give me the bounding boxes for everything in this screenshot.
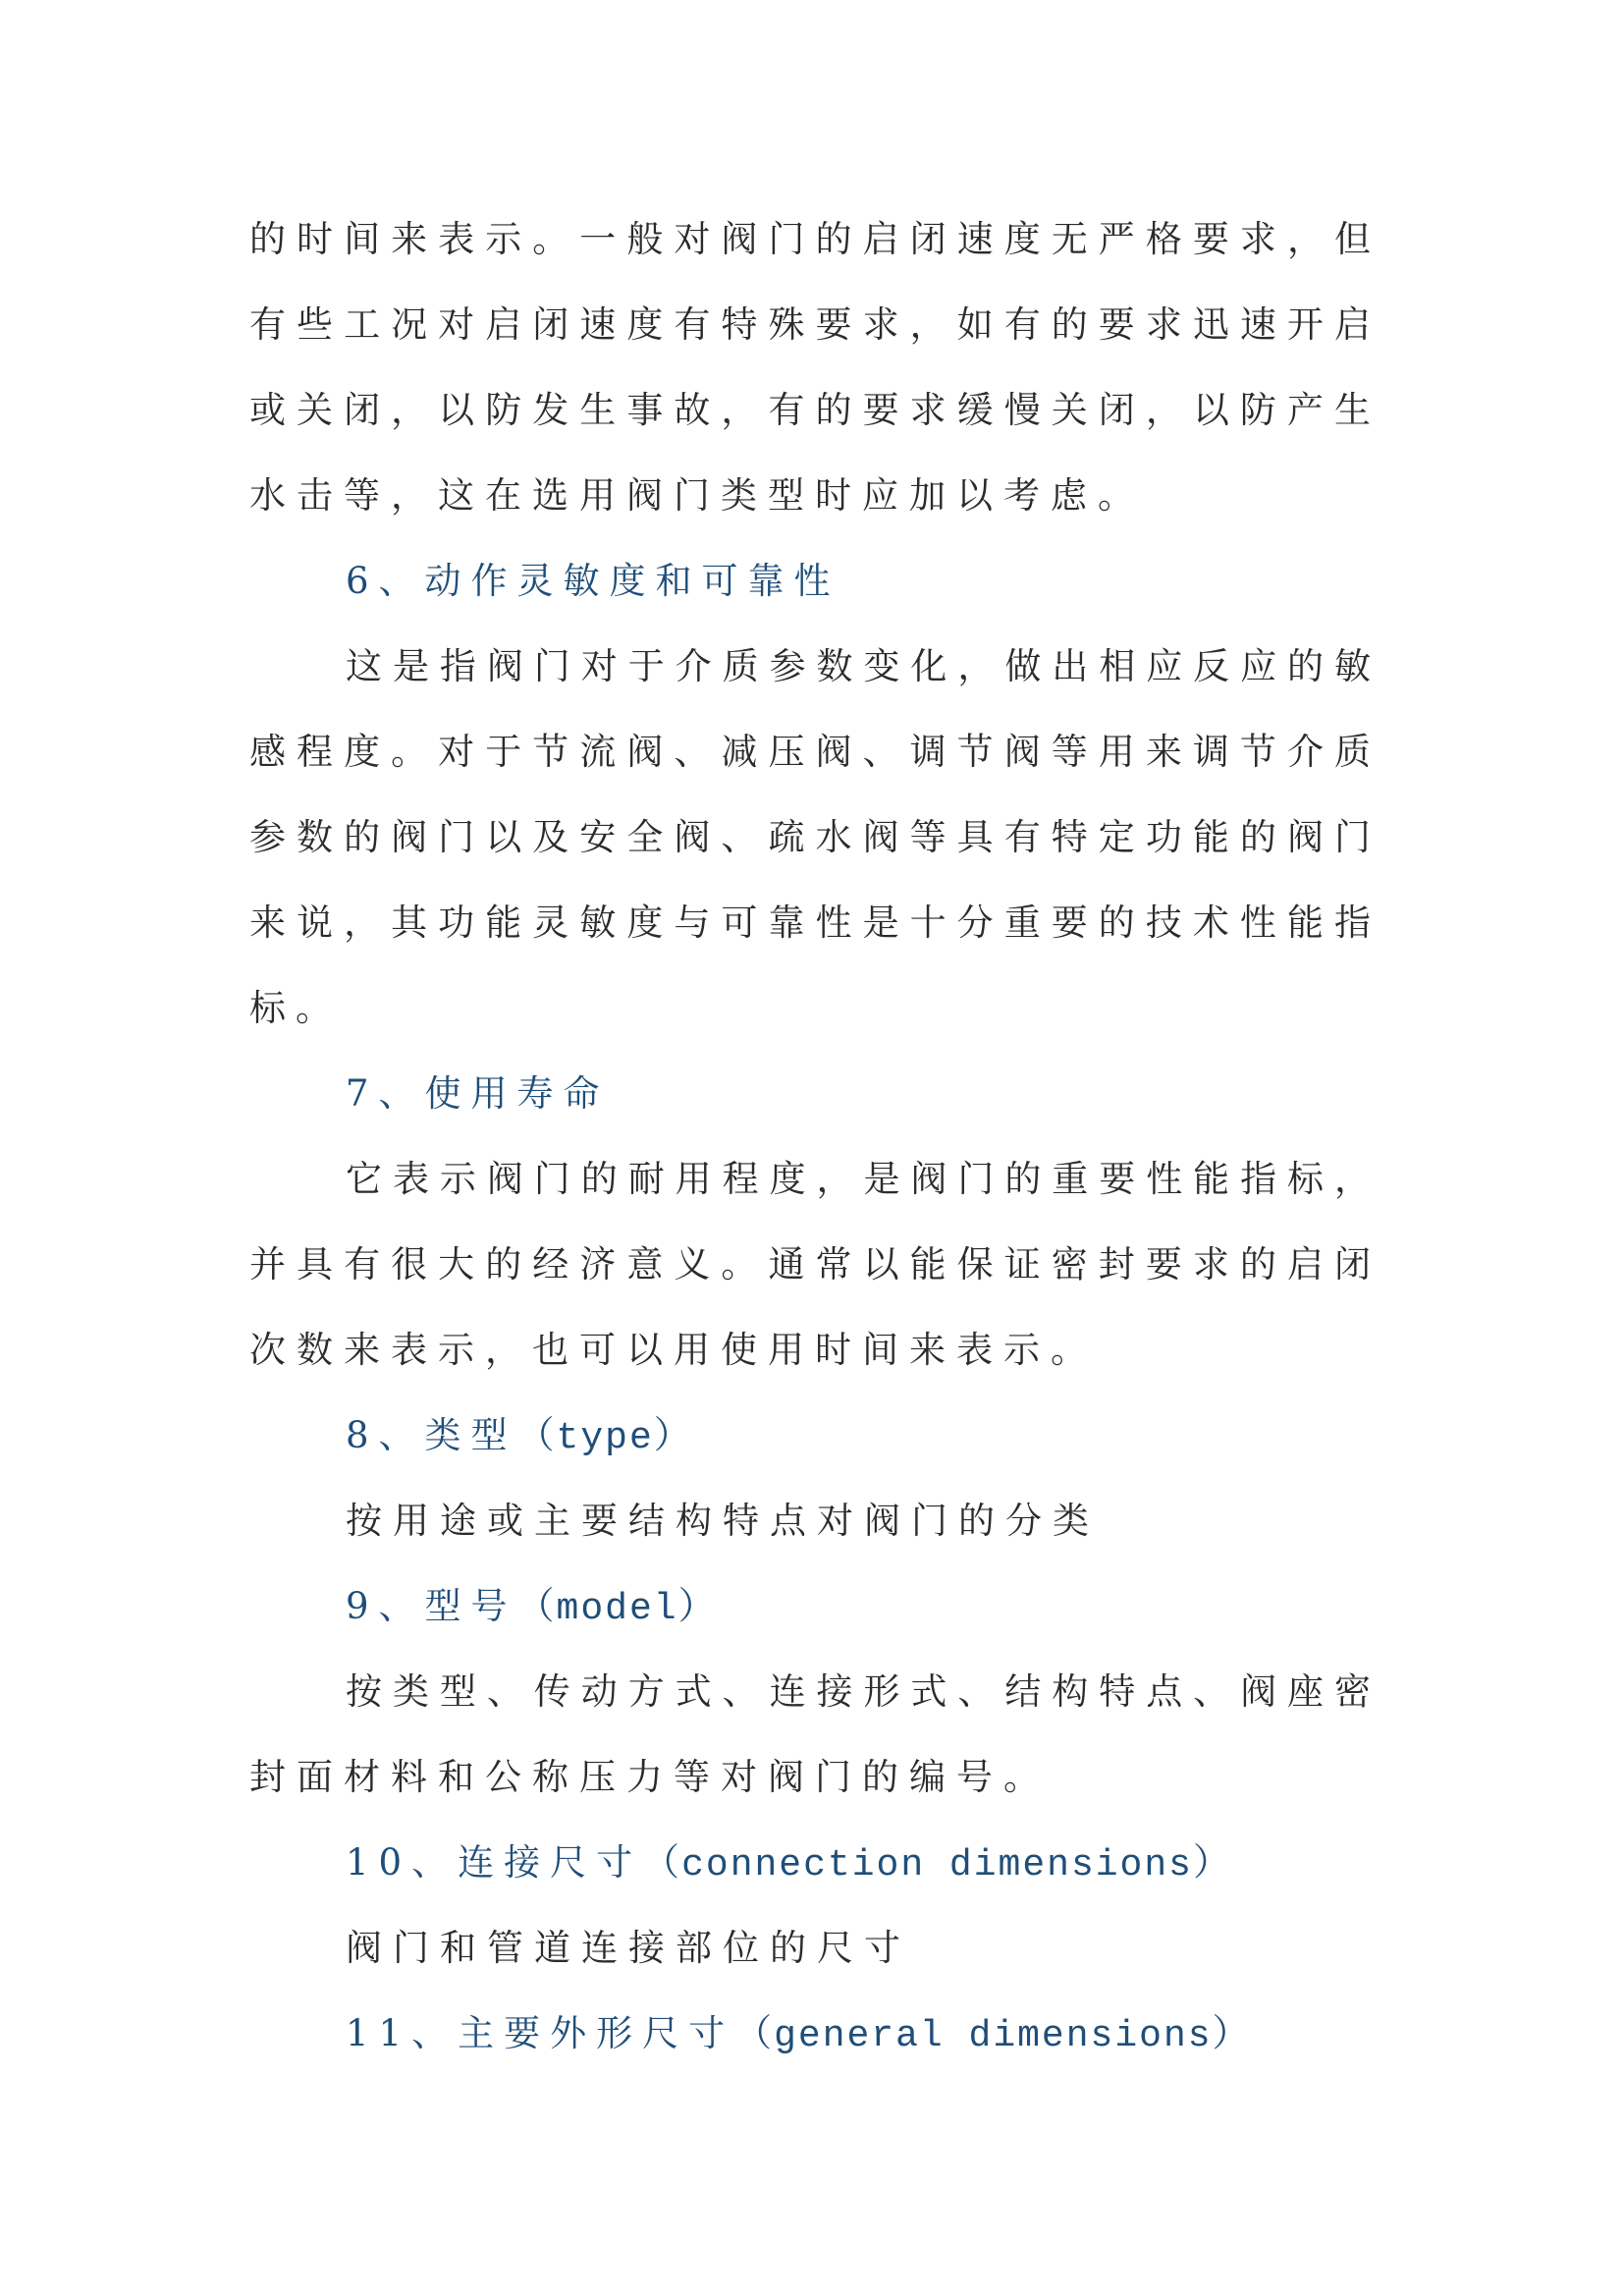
body-text-line: 这是指阀门对于介质参数变化，做出相应反应的敏 bbox=[346, 642, 1371, 691]
section-heading-7: 7、使用寿命 bbox=[346, 1069, 610, 1119]
heading-english: （type） bbox=[517, 1417, 693, 1459]
heading-number: 6、 bbox=[346, 560, 425, 602]
body-text-line: 的时间来表示。一般对阀门的启闭速度无严格要求，但 bbox=[249, 215, 1371, 264]
body-text-line: 标。 bbox=[249, 984, 1371, 1033]
body-text-line: 并具有很大的经济意义。通常以能保证密封要求的启闭 bbox=[249, 1240, 1371, 1289]
document-page: 的时间来表示。一般对阀门的启闭速度无严格要求，但 有些工况对启闭速度有特殊要求，… bbox=[0, 0, 1623, 2296]
body-text-line: 它表示阀门的耐用程度，是阀门的重要性能指标， bbox=[346, 1155, 1371, 1204]
section-heading-11: 11、主要外形尺寸（general dimensions） bbox=[346, 2009, 1252, 2058]
body-text-line: 次数来表示，也可以用使用时间来表示。 bbox=[249, 1326, 1371, 1375]
body-text-line: 感程度。对于节流阀、减压阀、调节阀等用来调节介质 bbox=[249, 728, 1371, 777]
section-heading-10: 10、连接尺寸（connection dimensions） bbox=[346, 1838, 1232, 1887]
body-text-line: 按类型、传动方式、连接形式、结构特点、阀座密 bbox=[346, 1667, 1371, 1717]
body-text-line: 水击等，这在选用阀门类型时应加以考虑。 bbox=[249, 471, 1371, 520]
heading-number: 8、 bbox=[346, 1414, 425, 1456]
heading-number: 9、 bbox=[346, 1585, 425, 1627]
section-heading-8: 8、类型（type） bbox=[346, 1411, 693, 1460]
heading-title: 主要外形尺寸 bbox=[458, 2012, 734, 2054]
body-text-line: 有些工况对启闭速度有特殊要求，如有的要求迅速开启 bbox=[249, 301, 1371, 350]
body-text-line: 或关闭，以防发生事故，有的要求缓慢关闭，以防产生 bbox=[249, 386, 1371, 435]
heading-english: （general dimensions） bbox=[734, 2015, 1251, 2057]
body-text-line: 封面材料和公称压力等对阀门的编号。 bbox=[249, 1753, 1371, 1802]
heading-title: 连接尺寸 bbox=[458, 1841, 642, 1884]
section-heading-9: 9、型号（model） bbox=[346, 1582, 718, 1631]
body-text-line: 参数的阀门以及安全阀、疏水阀等具有特定功能的阀门 bbox=[249, 813, 1371, 862]
heading-english: （model） bbox=[517, 1588, 718, 1630]
heading-title: 动作灵敏度和可靠性 bbox=[425, 560, 840, 602]
body-text-line: 来说，其功能灵敏度与可靠性是十分重要的技术性能指 bbox=[249, 899, 1371, 948]
body-text-line: 按用途或主要结构特点对阀门的分类 bbox=[346, 1497, 1371, 1546]
body-text-line: 阀门和管道连接部位的尺寸 bbox=[346, 1924, 1371, 1973]
heading-title: 型号 bbox=[425, 1585, 517, 1627]
heading-title: 使用寿命 bbox=[425, 1072, 610, 1115]
heading-english: （connection dimensions） bbox=[642, 1844, 1232, 1886]
section-heading-6: 6、动作灵敏度和可靠性 bbox=[346, 557, 840, 606]
heading-title: 类型 bbox=[425, 1414, 517, 1456]
heading-number: 10、 bbox=[346, 1841, 458, 1884]
heading-number: 7、 bbox=[346, 1072, 425, 1115]
heading-number: 11、 bbox=[346, 2012, 458, 2054]
